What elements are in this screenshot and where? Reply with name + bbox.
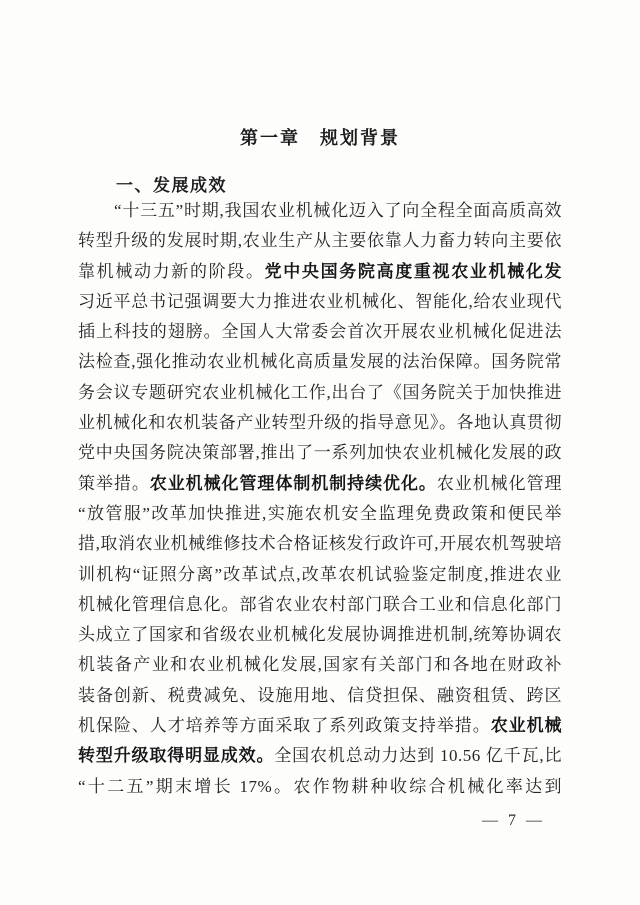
body-paragraph: “十三五”时期,我国农业机械化迈入了向全程全面高质高效 转型升级的发展时期,农业…: [78, 196, 562, 802]
text-line: 头成立了国家和省级农业机械化发展协调推进机制,统筹协调农: [78, 620, 562, 650]
text-segment: 靠机械动力新的阶段。: [78, 262, 265, 281]
text-segment: 转型升级的发展时期,农业生产从主要依靠人力畜力转向主要依: [78, 231, 562, 250]
text-line: 机装备产业和农业机械化发展,国家有关部门和各地在财政补贴、: [78, 650, 562, 680]
text-line: “十二五”期末增长 17%。农作物耕种收综合机械化率达到: [78, 772, 562, 802]
text-line: 党中央国务院决策部署,推出了一系列加快农业机械化发展的政: [78, 438, 562, 468]
text-segment: “十三五”时期,我国农业机械化迈入了向全程全面高质高效: [114, 201, 562, 220]
text-segment: “放管服”改革加快推进,实施农机安全监理免费政策和便民举: [78, 504, 562, 523]
text-line: 转型升级取得明显成效。全国农机总动力达到 10.56 亿千瓦,比: [78, 741, 562, 771]
text-line: “放管服”改革加快推进,实施农机安全监理免费政策和便民举: [78, 499, 562, 529]
text-line: 机保险、人才培养等方面采取了系列政策支持举措。农业机械化: [78, 711, 562, 741]
text-line: 业机械化和农机装备产业转型升级的指导意见》。各地认真贯彻: [78, 408, 562, 438]
section-heading: 一、发展成效: [116, 171, 227, 196]
text-line: 插上科技的翅膀。全国人大常委会首次开展农业机械化促进法执: [78, 317, 562, 347]
chapter-title: 第一章 规划背景: [0, 124, 640, 150]
text-segment-bold: 转型升级取得明显成效。: [78, 746, 274, 765]
text-line: 习近平总书记强调要大力推进农业机械化、智能化,给农业现代化: [78, 287, 562, 317]
text-segment: 策举措。: [78, 474, 150, 493]
document-page: 第一章 规划背景 一、发展成效 “十三五”时期,我国农业机械化迈入了向全程全面高…: [0, 0, 640, 905]
text-line: 转型升级的发展时期,农业生产从主要依靠人力畜力转向主要依: [78, 226, 562, 256]
text-segment-bold: 农业机械化管理体制机制持续优化。: [150, 474, 437, 493]
text-segment: 措,取消农业机械维修技术合格证核发行政许可,开展农机驾驶培: [78, 534, 562, 553]
text-line: 装备创新、税费减免、设施用地、信贷担保、融资租赁、跨区作业、农: [78, 681, 562, 711]
text-segment: 机保险、人才培养等方面采取了系列政策支持举措。: [78, 716, 491, 735]
text-segment: 务会议专题研究农业机械化工作,出台了《国务院关于加快推进农: [78, 383, 562, 408]
text-line: 策举措。农业机械化管理体制机制持续优化。农业机械化管理: [78, 469, 562, 499]
text-segment: 装备创新、税费减免、设施用地、信贷担保、融资租赁、跨区作业、农: [78, 686, 562, 711]
text-segment: 机装备产业和农业机械化发展,国家有关部门和各地在财政补贴、: [78, 655, 562, 680]
text-segment: 机械化管理信息化。部省农业农村部门联合工业和信息化部门牵: [78, 595, 562, 620]
text-segment: 插上科技的翅膀。全国人大常委会首次开展农业机械化促进法执: [78, 322, 562, 347]
text-line: 机械化管理信息化。部省农业农村部门联合工业和信息化部门牵: [78, 590, 562, 620]
text-segment: 头成立了国家和省级农业机械化发展协调推进机制,统筹协调农: [78, 625, 562, 644]
text-segment: 农业机械化管理: [437, 474, 562, 493]
text-line: 措,取消农业机械维修技术合格证核发行政许可,开展农机驾驶培: [78, 529, 562, 559]
text-segment: 训机构“证照分离”改革试点,改革农机试验鉴定制度,推进农业: [78, 565, 562, 584]
text-line: 务会议专题研究农业机械化工作,出台了《国务院关于加快推进农: [78, 378, 562, 408]
text-segment: 业机械化和农机装备产业转型升级的指导意见》。各地认真贯彻: [78, 413, 562, 432]
text-segment: 法检查,强化推动农业机械化高质量发展的法治保障。国务院常: [78, 352, 562, 371]
text-line: 训机构“证照分离”改革试点,改革农机试验鉴定制度,推进农业: [78, 560, 562, 590]
text-segment: 习近平总书记强调要大力推进农业机械化、智能化,给农业现代化: [78, 292, 562, 317]
text-line: “十三五”时期,我国农业机械化迈入了向全程全面高质高效: [78, 196, 562, 226]
page-number: — 7 —: [482, 812, 545, 830]
text-segment: “十二五”期末增长 17%。农作物耕种收综合机械化率达到: [78, 777, 562, 796]
text-line: 法检查,强化推动农业机械化高质量发展的法治保障。国务院常: [78, 347, 562, 377]
text-segment: 党中央国务院决策部署,推出了一系列加快农业机械化发展的政: [78, 443, 562, 462]
text-line: 靠机械动力新的阶段。党中央国务院高度重视农业机械化发展。: [78, 257, 562, 287]
text-segment: 全国农机总动力达到 10.56 亿千瓦,比: [274, 746, 562, 765]
